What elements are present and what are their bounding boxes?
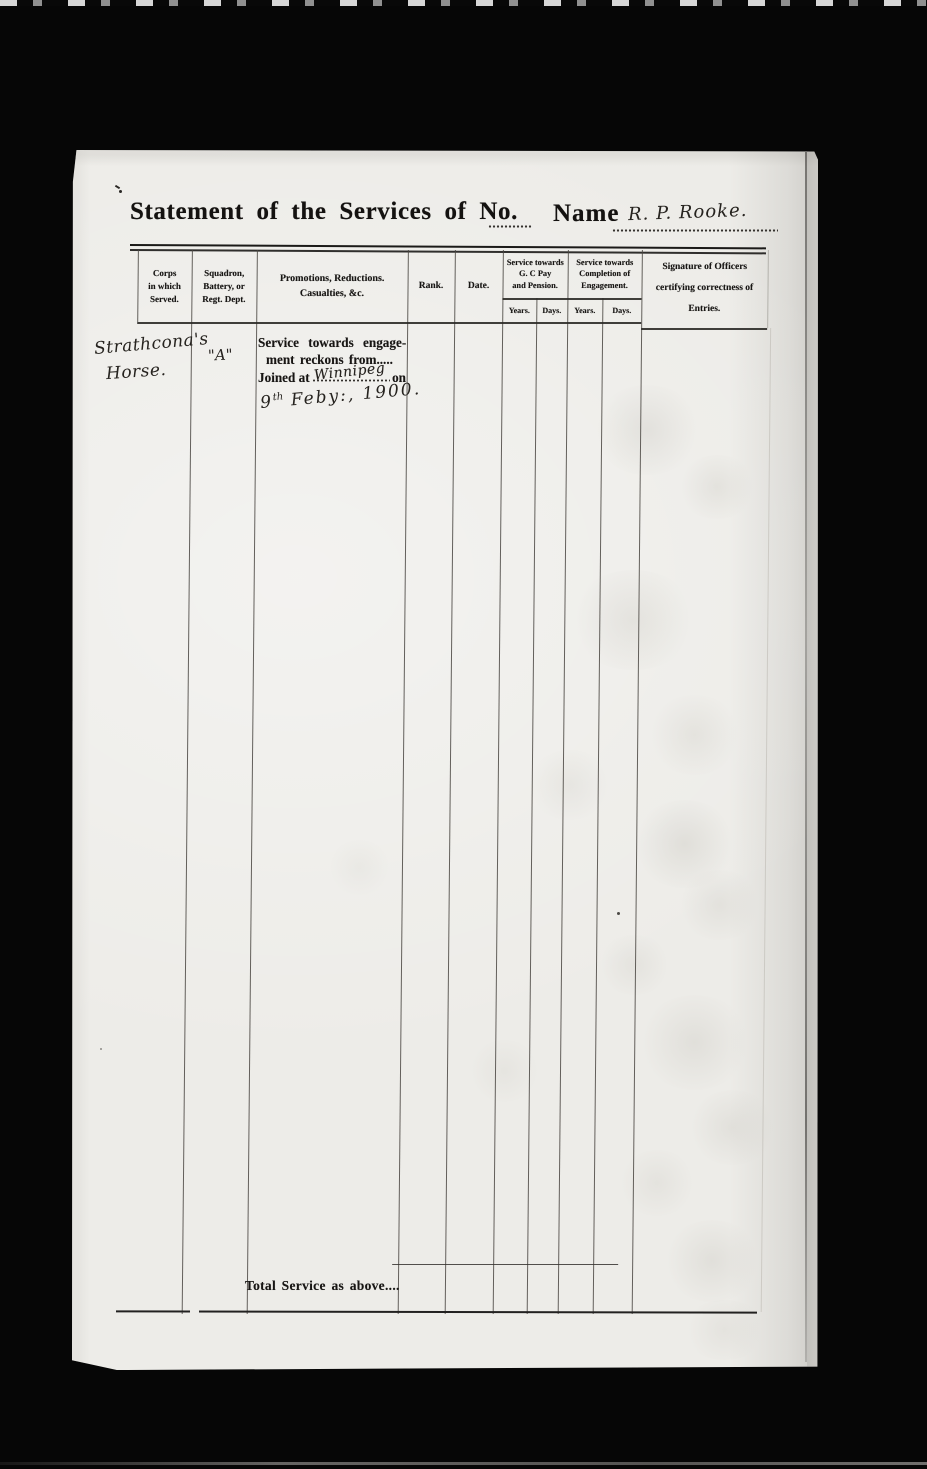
header-line: Battery, or [203,280,245,293]
subheader-label: Years. [509,306,530,315]
subheader-label: Years. [574,306,595,315]
column-line [182,250,193,1314]
scan-background: Statement of the Services of No. Name R.… [0,0,927,1469]
total-service-label: Total Service as above.... [245,1278,400,1294]
header-line: Casualties, &c. [300,286,364,301]
header-line: Regt. Dept. [202,293,245,306]
subheader-label: Days. [542,306,561,315]
column-line [632,250,643,1314]
header-line: Engagement. [581,280,628,292]
header-cell-squadron: Squadron, Battery, or Regt. Dept. [191,252,257,320]
header-line: and Pension. [512,280,558,292]
printed-line: Service towards engage- [258,334,406,351]
header-line: Corps [153,267,177,280]
entry-corps-line2: Horse. [105,360,167,384]
header-line: certifying correctness of [656,278,754,299]
film-edge-strip [0,0,927,6]
header-cell-engagement: Service towards Completion of Engagement… [567,251,641,297]
header-line: Signature of Officers [662,257,747,278]
subheader-label: Days. [612,306,631,315]
column-line [398,250,409,1314]
header-line: Squadron, [204,267,244,280]
column-line [247,250,258,1314]
header-line: Promotions, Reductions. [280,271,385,286]
column-line [527,298,538,1314]
joined-at-label: Joined at [258,369,310,386]
header-cell-gc-pay: Service towards G. C Pay and Pension. [502,251,567,297]
column-line [558,250,569,1314]
header-line: Date. [468,281,489,291]
subheader-days-pay: Days. [536,298,567,322]
header-line: G. C Pay [519,268,551,280]
header-line: Entries. [688,299,720,320]
header-line: Served. [150,293,179,306]
joined-place-dotted-line: Winnipeg [312,368,390,382]
header-cell-promotions: Promotions, Reductions. Casualties, &c. [256,252,408,320]
subheader-days-engagement: Days. [602,298,641,322]
header-cell-signature: Signature of Officers certifying correct… [641,252,768,324]
header-line: Service towards [576,257,633,269]
header-cell-rank: Rank. [407,252,455,320]
header-line: Completion of [579,268,630,280]
header-cell-date: Date. [454,252,503,320]
column-line [445,250,456,1314]
column-line-faint [761,328,771,1312]
scan-bottom-edge [0,1462,927,1465]
column-line [493,250,504,1314]
date-ordinal: th [272,391,283,403]
bottom-rule-gap [190,1309,199,1315]
header-line: in which [148,280,181,293]
column-line [593,298,604,1314]
entry-promotions-printed: Service towards engage- ment reckons fro… [258,334,406,386]
header-cell-corps: Corps in which Served. [137,252,192,320]
subheader-years-pay: Years. [502,298,536,322]
header-line: Service towards [507,257,564,269]
signature-header-bottom-line [641,328,767,330]
header-line: Rank. [419,281,444,291]
document-page: Statement of the Services of No. Name R.… [72,150,818,1370]
total-row-line [392,1264,618,1265]
header-bottom-line [137,322,641,324]
subheader-years-engagement: Years. [567,298,602,322]
entry-squadron: "A" [208,345,234,364]
